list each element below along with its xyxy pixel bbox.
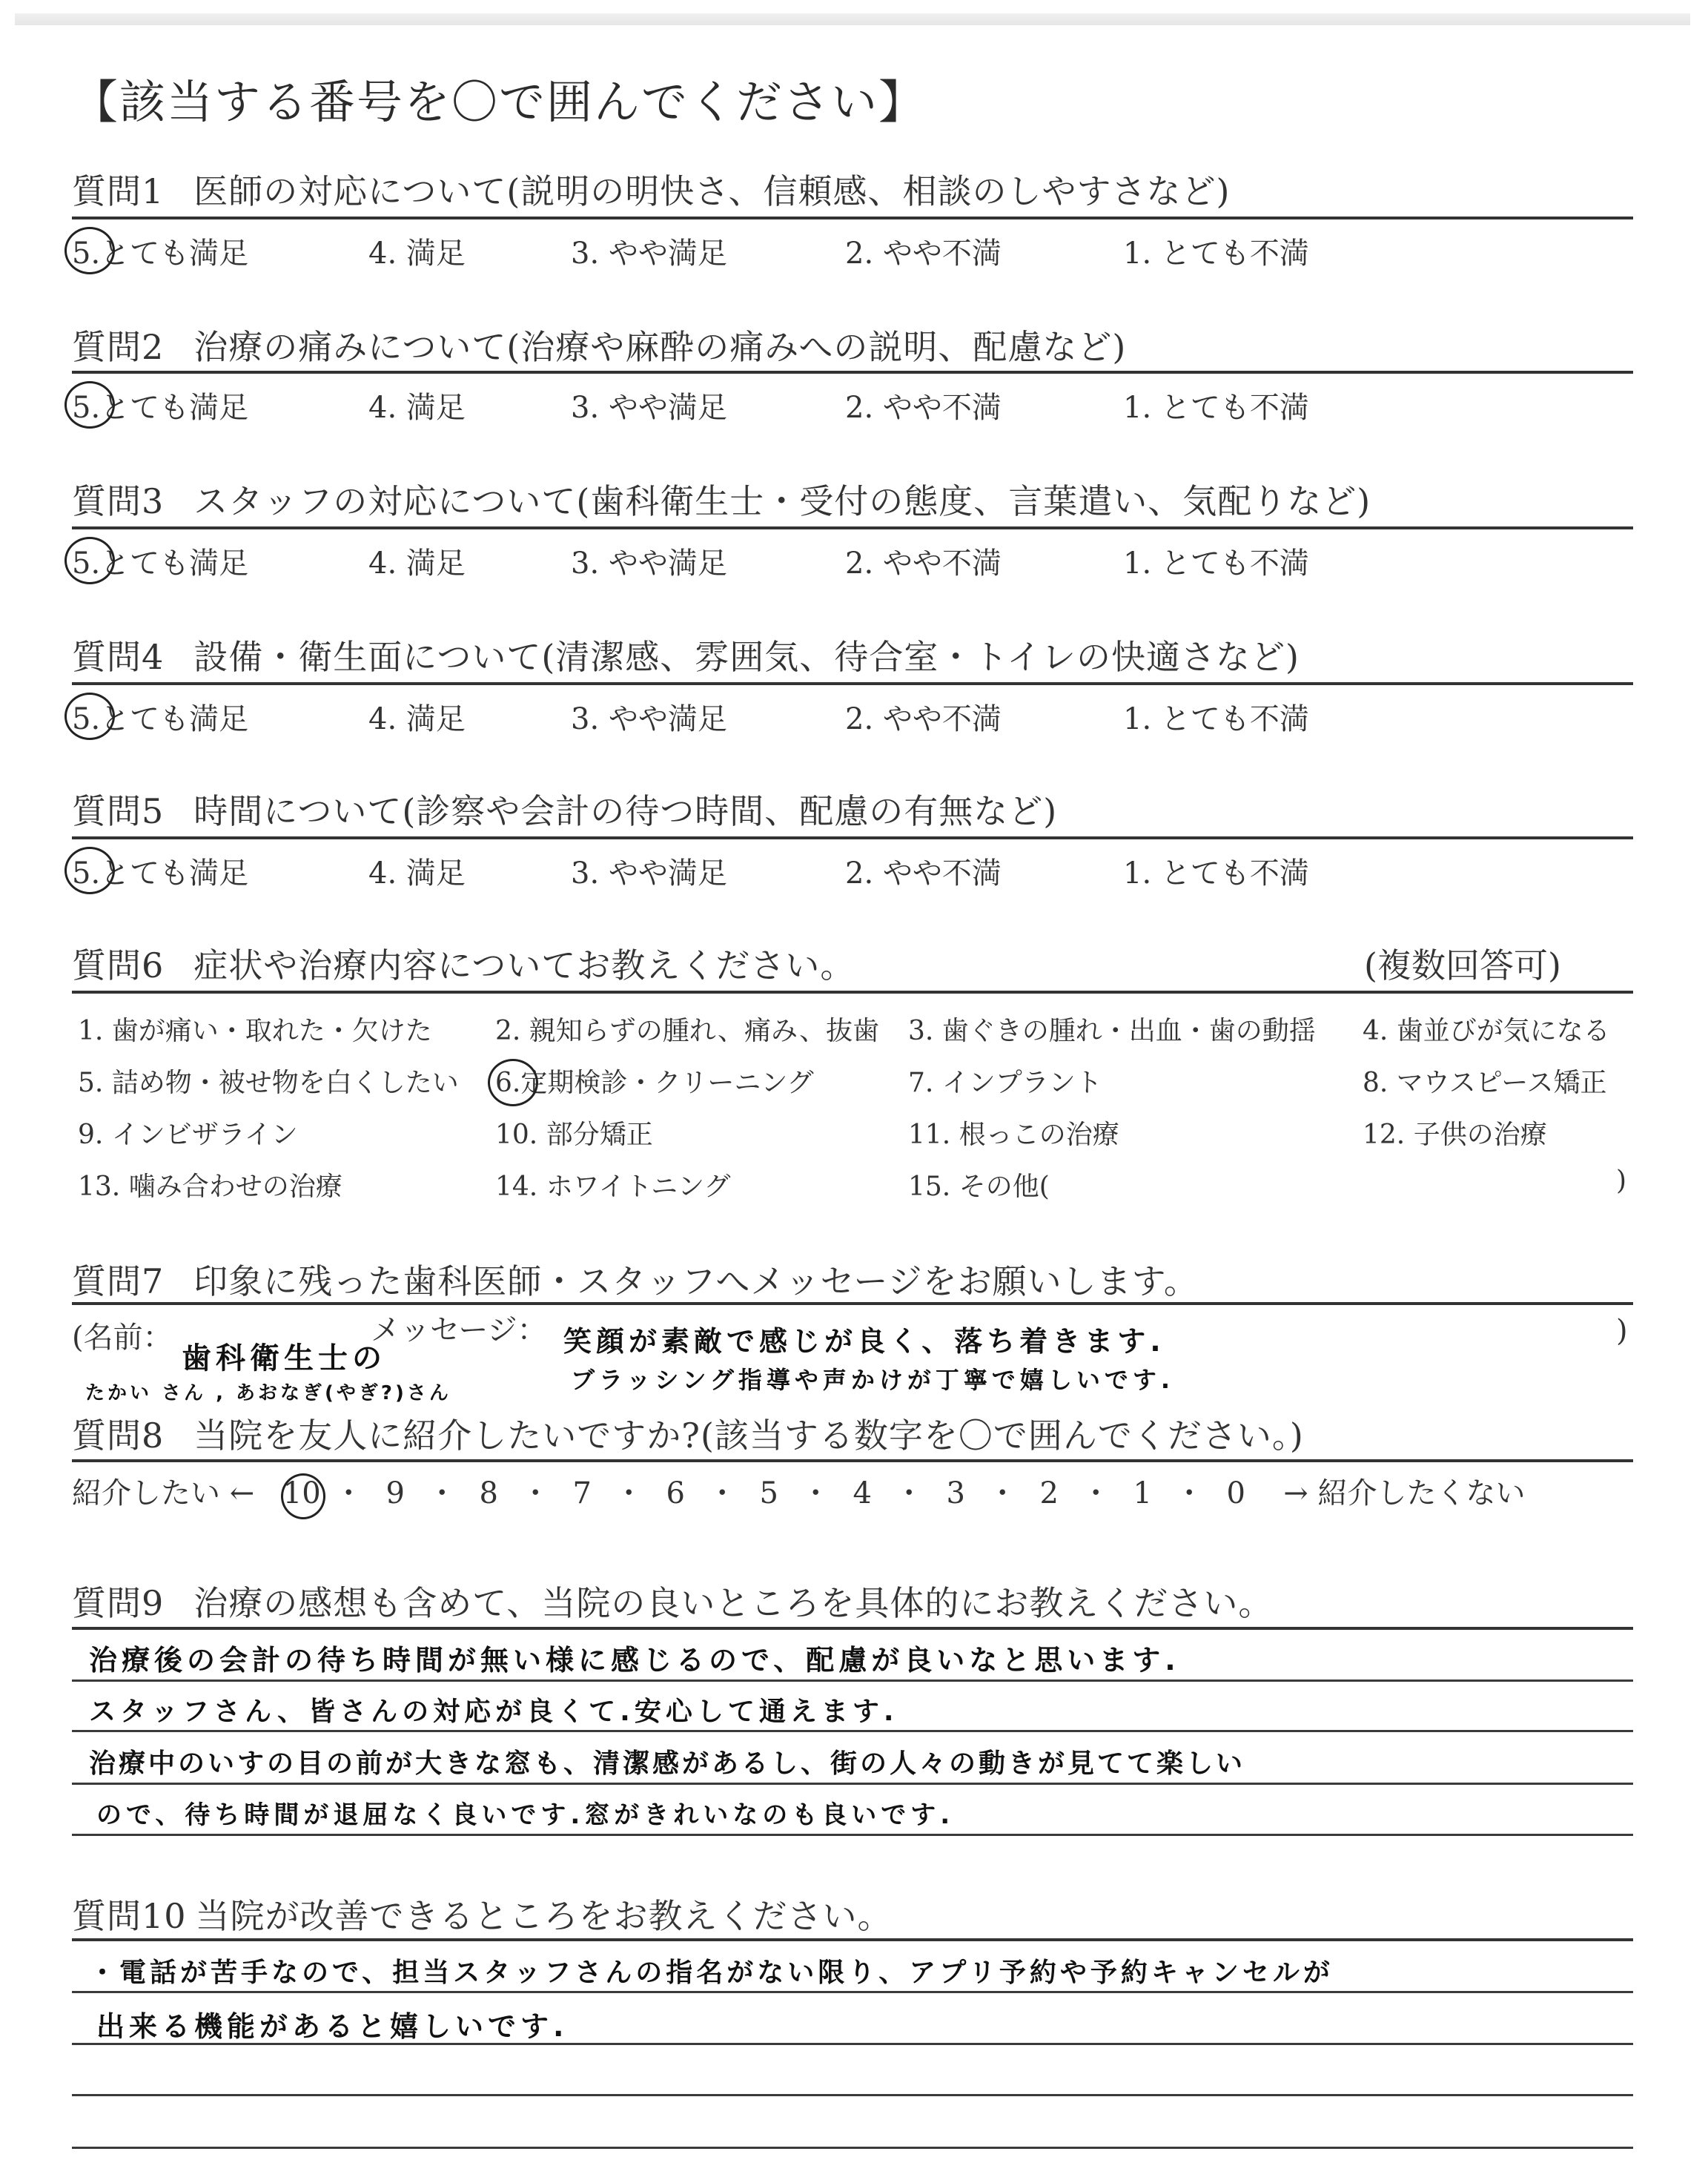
q9-answer-line-4[interactable]: ので、待ち時間が退屈なく良いです.窓がきれいなのも良いです. bbox=[96, 1794, 954, 1831]
question-number: 質問6 bbox=[72, 939, 164, 988]
q5-option-5[interactable]: 5.とても満足 bbox=[72, 850, 248, 892]
name-label: (名前： bbox=[72, 1314, 173, 1356]
question-2-header: 質問2治療の痛みについて(治療や麻酔の痛みへの説明、配慮など) bbox=[72, 320, 1126, 369]
handwritten-name-role[interactable]: 歯科衛生士の bbox=[182, 1335, 386, 1377]
question-text: 治療の痛みについて(治療や麻酔の痛みへの説明、配慮など) bbox=[193, 327, 1126, 367]
q6-option-1[interactable]: 1. 歯が痛い・取れた・欠けた bbox=[78, 1010, 432, 1048]
scale-7[interactable]: 7 bbox=[560, 1476, 604, 1510]
q2-option-3[interactable]: 3. やや満足 bbox=[571, 384, 727, 426]
selected-circle-mark: 5.とても満足 bbox=[72, 540, 248, 582]
q2-option-5[interactable]: 5.とても満足 bbox=[72, 384, 248, 426]
selected-circle-mark: 5.とても満足 bbox=[72, 230, 248, 272]
divider bbox=[72, 1627, 1633, 1630]
q6-option-3[interactable]: 3. 歯ぐきの腫れ・出血・歯の動揺 bbox=[908, 1010, 1316, 1048]
selected-circle-mark: 5.とても満足 bbox=[72, 384, 248, 426]
answer-rule bbox=[72, 2094, 1633, 2096]
question-number: 質問7 bbox=[72, 1255, 164, 1304]
answer-rule bbox=[72, 1991, 1633, 1993]
q1-option-2[interactable]: 2. やや不満 bbox=[845, 230, 1002, 272]
answer-rule bbox=[72, 2147, 1633, 2149]
scan-edge bbox=[15, 13, 1690, 25]
message-label: メッセージ： bbox=[371, 1307, 547, 1349]
page-title: 【該当する番号を〇で囲んでください】 bbox=[72, 65, 926, 131]
q6-option-15-other[interactable]: 15. その他( bbox=[908, 1166, 1050, 1203]
selected-circle-mark: 6.定期検診・クリーニング bbox=[495, 1062, 814, 1100]
q3-option-4[interactable]: 4. 満足 bbox=[368, 540, 466, 582]
q6-other-close-paren: ) bbox=[1616, 1166, 1626, 1196]
question-text: 当院を友人に紹介したいですか?(該当する数字を〇で囲んでください。) bbox=[193, 1416, 1304, 1456]
q1-option-1[interactable]: 1. とても不満 bbox=[1123, 230, 1309, 272]
scale-2[interactable]: 2 bbox=[1027, 1476, 1071, 1510]
handwritten-name[interactable]: たかい さん , あおなぎ(やぎ?)さん bbox=[85, 1378, 451, 1405]
q1-option-4[interactable]: 4. 満足 bbox=[368, 230, 466, 272]
q4-option-3[interactable]: 3. やや満足 bbox=[571, 696, 727, 738]
scale-1[interactable]: 1 bbox=[1120, 1476, 1165, 1510]
q6-option-7[interactable]: 7. インプラント bbox=[908, 1062, 1102, 1100]
q6-option-12[interactable]: 12. 子供の治療 bbox=[1363, 1114, 1547, 1152]
q5-option-2[interactable]: 2. やや不満 bbox=[845, 850, 1002, 892]
question-number: 質問9 bbox=[72, 1576, 164, 1625]
answer-rule bbox=[72, 1783, 1633, 1785]
question-number: 質問4 bbox=[72, 630, 164, 679]
divider bbox=[72, 991, 1633, 994]
question-text: 設備・衛生面について(清潔感、雰囲気、待合室・トイレの快適さなど) bbox=[193, 637, 1300, 677]
referral-scale: 紹介したい ←10・9・8・7・6・5・4・3・2・1・0→ 紹介したくない bbox=[72, 1470, 1525, 1512]
answer-rule bbox=[72, 1680, 1633, 1682]
question-text: 治療の感想も含めて、当院の良いところを具体的にお教えください。 bbox=[193, 1583, 1273, 1623]
q6-option-4[interactable]: 4. 歯並びが気になる bbox=[1363, 1010, 1610, 1048]
q10-answer-line-2[interactable]: 出来る機能があると嬉しいです. bbox=[96, 2004, 568, 2044]
answer-rule bbox=[72, 1730, 1633, 1732]
question-text: 症状や治療内容についてお教えください。 bbox=[193, 945, 855, 985]
q6-option-10[interactable]: 10. 部分矯正 bbox=[495, 1114, 653, 1152]
divider bbox=[72, 1938, 1633, 1941]
question-number: 質問8 bbox=[72, 1409, 164, 1458]
q9-answer-line-3[interactable]: 治療中のいすの目の前が大きな窓も、清潔感があるし、街の人々の動きが見てて楽しい bbox=[89, 1743, 1245, 1780]
scale-4[interactable]: 4 bbox=[840, 1476, 884, 1510]
answer-rule bbox=[72, 2043, 1633, 2045]
divider bbox=[72, 217, 1633, 219]
scale-8[interactable]: 8 bbox=[466, 1476, 511, 1510]
question-text: スタッフの対応について(歯科衛生士・受付の態度、言葉遣い、気配りなど) bbox=[193, 481, 1371, 521]
q6-option-9[interactable]: 9. インビザライン bbox=[78, 1114, 298, 1152]
question-7-header: 質問7印象に残った歯科医師・スタッフへメッセージをお願いします。 bbox=[72, 1255, 1199, 1304]
q6-option-6[interactable]: 6.定期検診・クリーニング bbox=[495, 1062, 814, 1100]
scale-3[interactable]: 3 bbox=[933, 1476, 978, 1510]
scale-6[interactable]: 6 bbox=[653, 1476, 698, 1510]
scale-5[interactable]: 5 bbox=[747, 1476, 791, 1510]
q3-option-3[interactable]: 3. やや満足 bbox=[571, 540, 727, 582]
q4-option-2[interactable]: 2. やや不満 bbox=[845, 696, 1002, 738]
q10-answer-line-1[interactable]: ・電話が苦手なので、担当スタッフさんの指名がない限り、アプリ予約や予約キャンセル… bbox=[89, 1952, 1334, 1989]
q6-option-8[interactable]: 8. マウスピース矯正 bbox=[1363, 1062, 1606, 1100]
q5-option-3[interactable]: 3. やや満足 bbox=[571, 850, 727, 892]
question-number: 質問1 bbox=[72, 165, 164, 214]
q2-option-4[interactable]: 4. 満足 bbox=[368, 384, 466, 426]
multiple-answers-note: (複数回答可) bbox=[1364, 939, 1561, 988]
divider bbox=[72, 1302, 1633, 1305]
q1-option-3[interactable]: 3. やや満足 bbox=[571, 230, 727, 272]
scale-9[interactable]: 9 bbox=[373, 1476, 417, 1510]
q5-option-1[interactable]: 1. とても不満 bbox=[1123, 850, 1309, 892]
q6-option-5[interactable]: 5. 詰め物・被せ物を白くしたい bbox=[78, 1062, 459, 1100]
q3-option-2[interactable]: 2. やや不満 bbox=[845, 540, 1002, 582]
scale-left-label: 紹介したい ← bbox=[72, 1470, 254, 1512]
question-5-header: 質問5時間について(診察や会計の待つ時間、配慮の有無など) bbox=[72, 785, 1057, 833]
question-8-header: 質問8当院を友人に紹介したいですか?(該当する数字を〇で囲んでください。) bbox=[72, 1409, 1304, 1458]
selected-circle-mark: 5.とても満足 bbox=[72, 850, 248, 892]
question-text: 当院が改善できるところをお教えください。 bbox=[196, 1896, 893, 1936]
scale-10-selected[interactable]: 10 bbox=[279, 1476, 324, 1510]
q4-option-5[interactable]: 5.とても満足 bbox=[72, 696, 248, 738]
question-9-header: 質問9治療の感想も含めて、当院の良いところを具体的にお教えください。 bbox=[72, 1576, 1273, 1625]
question-number: 質問5 bbox=[72, 785, 164, 833]
divider bbox=[72, 526, 1633, 529]
q6-option-14[interactable]: 14. ホワイトニング bbox=[495, 1166, 730, 1203]
q9-answer-line-2[interactable]: スタッフさん、皆さんの対応が良くて.安心して通えます. bbox=[89, 1691, 898, 1728]
question-1-header: 質問1医師の対応について(説明の明快さ、信頼感、相談のしやすさなど) bbox=[72, 165, 1230, 214]
question-text: 医師の対応について(説明の明快さ、信頼感、相談のしやすさなど) bbox=[193, 171, 1230, 211]
divider bbox=[72, 1459, 1633, 1462]
divider bbox=[72, 371, 1633, 374]
q6-option-2[interactable]: 2. 親知らずの腫れ、痛み、抜歯 bbox=[495, 1010, 879, 1048]
scale-0[interactable]: 0 bbox=[1214, 1476, 1258, 1510]
question-10-header: 質問10当院が改善できるところをお教えください。 bbox=[72, 1889, 893, 1938]
handwritten-message-line-2[interactable]: ブラッシング指導や声かけが丁寧で嬉しいです. bbox=[571, 1361, 1174, 1396]
q4-option-4[interactable]: 4. 満足 bbox=[368, 696, 466, 738]
q1-option-5[interactable]: 5.とても満足 bbox=[72, 230, 248, 272]
q9-answer-line-1[interactable]: 治療後の会計の待ち時間が無い様に感じるので、配慮が良いなと思います. bbox=[89, 1637, 1180, 1678]
selected-circle-mark: 5.とても満足 bbox=[72, 696, 248, 738]
divider bbox=[72, 682, 1633, 685]
q4-option-1[interactable]: 1. とても不満 bbox=[1123, 696, 1309, 738]
q6-option-11[interactable]: 11. 根っこの治療 bbox=[908, 1114, 1119, 1152]
question-number: 質問2 bbox=[72, 320, 164, 369]
q3-option-1[interactable]: 1. とても不満 bbox=[1123, 540, 1309, 582]
divider bbox=[72, 836, 1633, 839]
q3-option-5[interactable]: 5.とても満足 bbox=[72, 540, 248, 582]
question-number: 質問10 bbox=[72, 1889, 187, 1938]
question-4-header: 質問4設備・衛生面について(清潔感、雰囲気、待合室・トイレの快適さなど) bbox=[72, 630, 1300, 679]
question-text: 印象に残った歯科医師・スタッフへメッセージをお願いします。 bbox=[193, 1261, 1199, 1301]
handwritten-message-line-1[interactable]: 笑顔が素敵で感じが良く、落ち着きます. bbox=[563, 1318, 1165, 1359]
q2-option-2[interactable]: 2. やや不満 bbox=[845, 384, 1002, 426]
answer-rule bbox=[72, 1834, 1633, 1836]
close-paren: ) bbox=[1616, 1314, 1628, 1348]
question-3-header: 質問3スタッフの対応について(歯科衛生士・受付の態度、言葉遣い、気配りなど) bbox=[72, 475, 1371, 524]
question-6-header: 質問6症状や治療内容についてお教えください。 bbox=[72, 939, 855, 988]
question-number: 質問3 bbox=[72, 475, 164, 524]
scale-right-label: → 紹介したくない bbox=[1283, 1470, 1525, 1512]
q2-option-1[interactable]: 1. とても不満 bbox=[1123, 384, 1309, 426]
q6-option-13[interactable]: 13. 噛み合わせの治療 bbox=[78, 1166, 342, 1203]
question-text: 時間について(診察や会計の待つ時間、配慮の有無など) bbox=[193, 791, 1057, 831]
q5-option-4[interactable]: 4. 満足 bbox=[368, 850, 466, 892]
